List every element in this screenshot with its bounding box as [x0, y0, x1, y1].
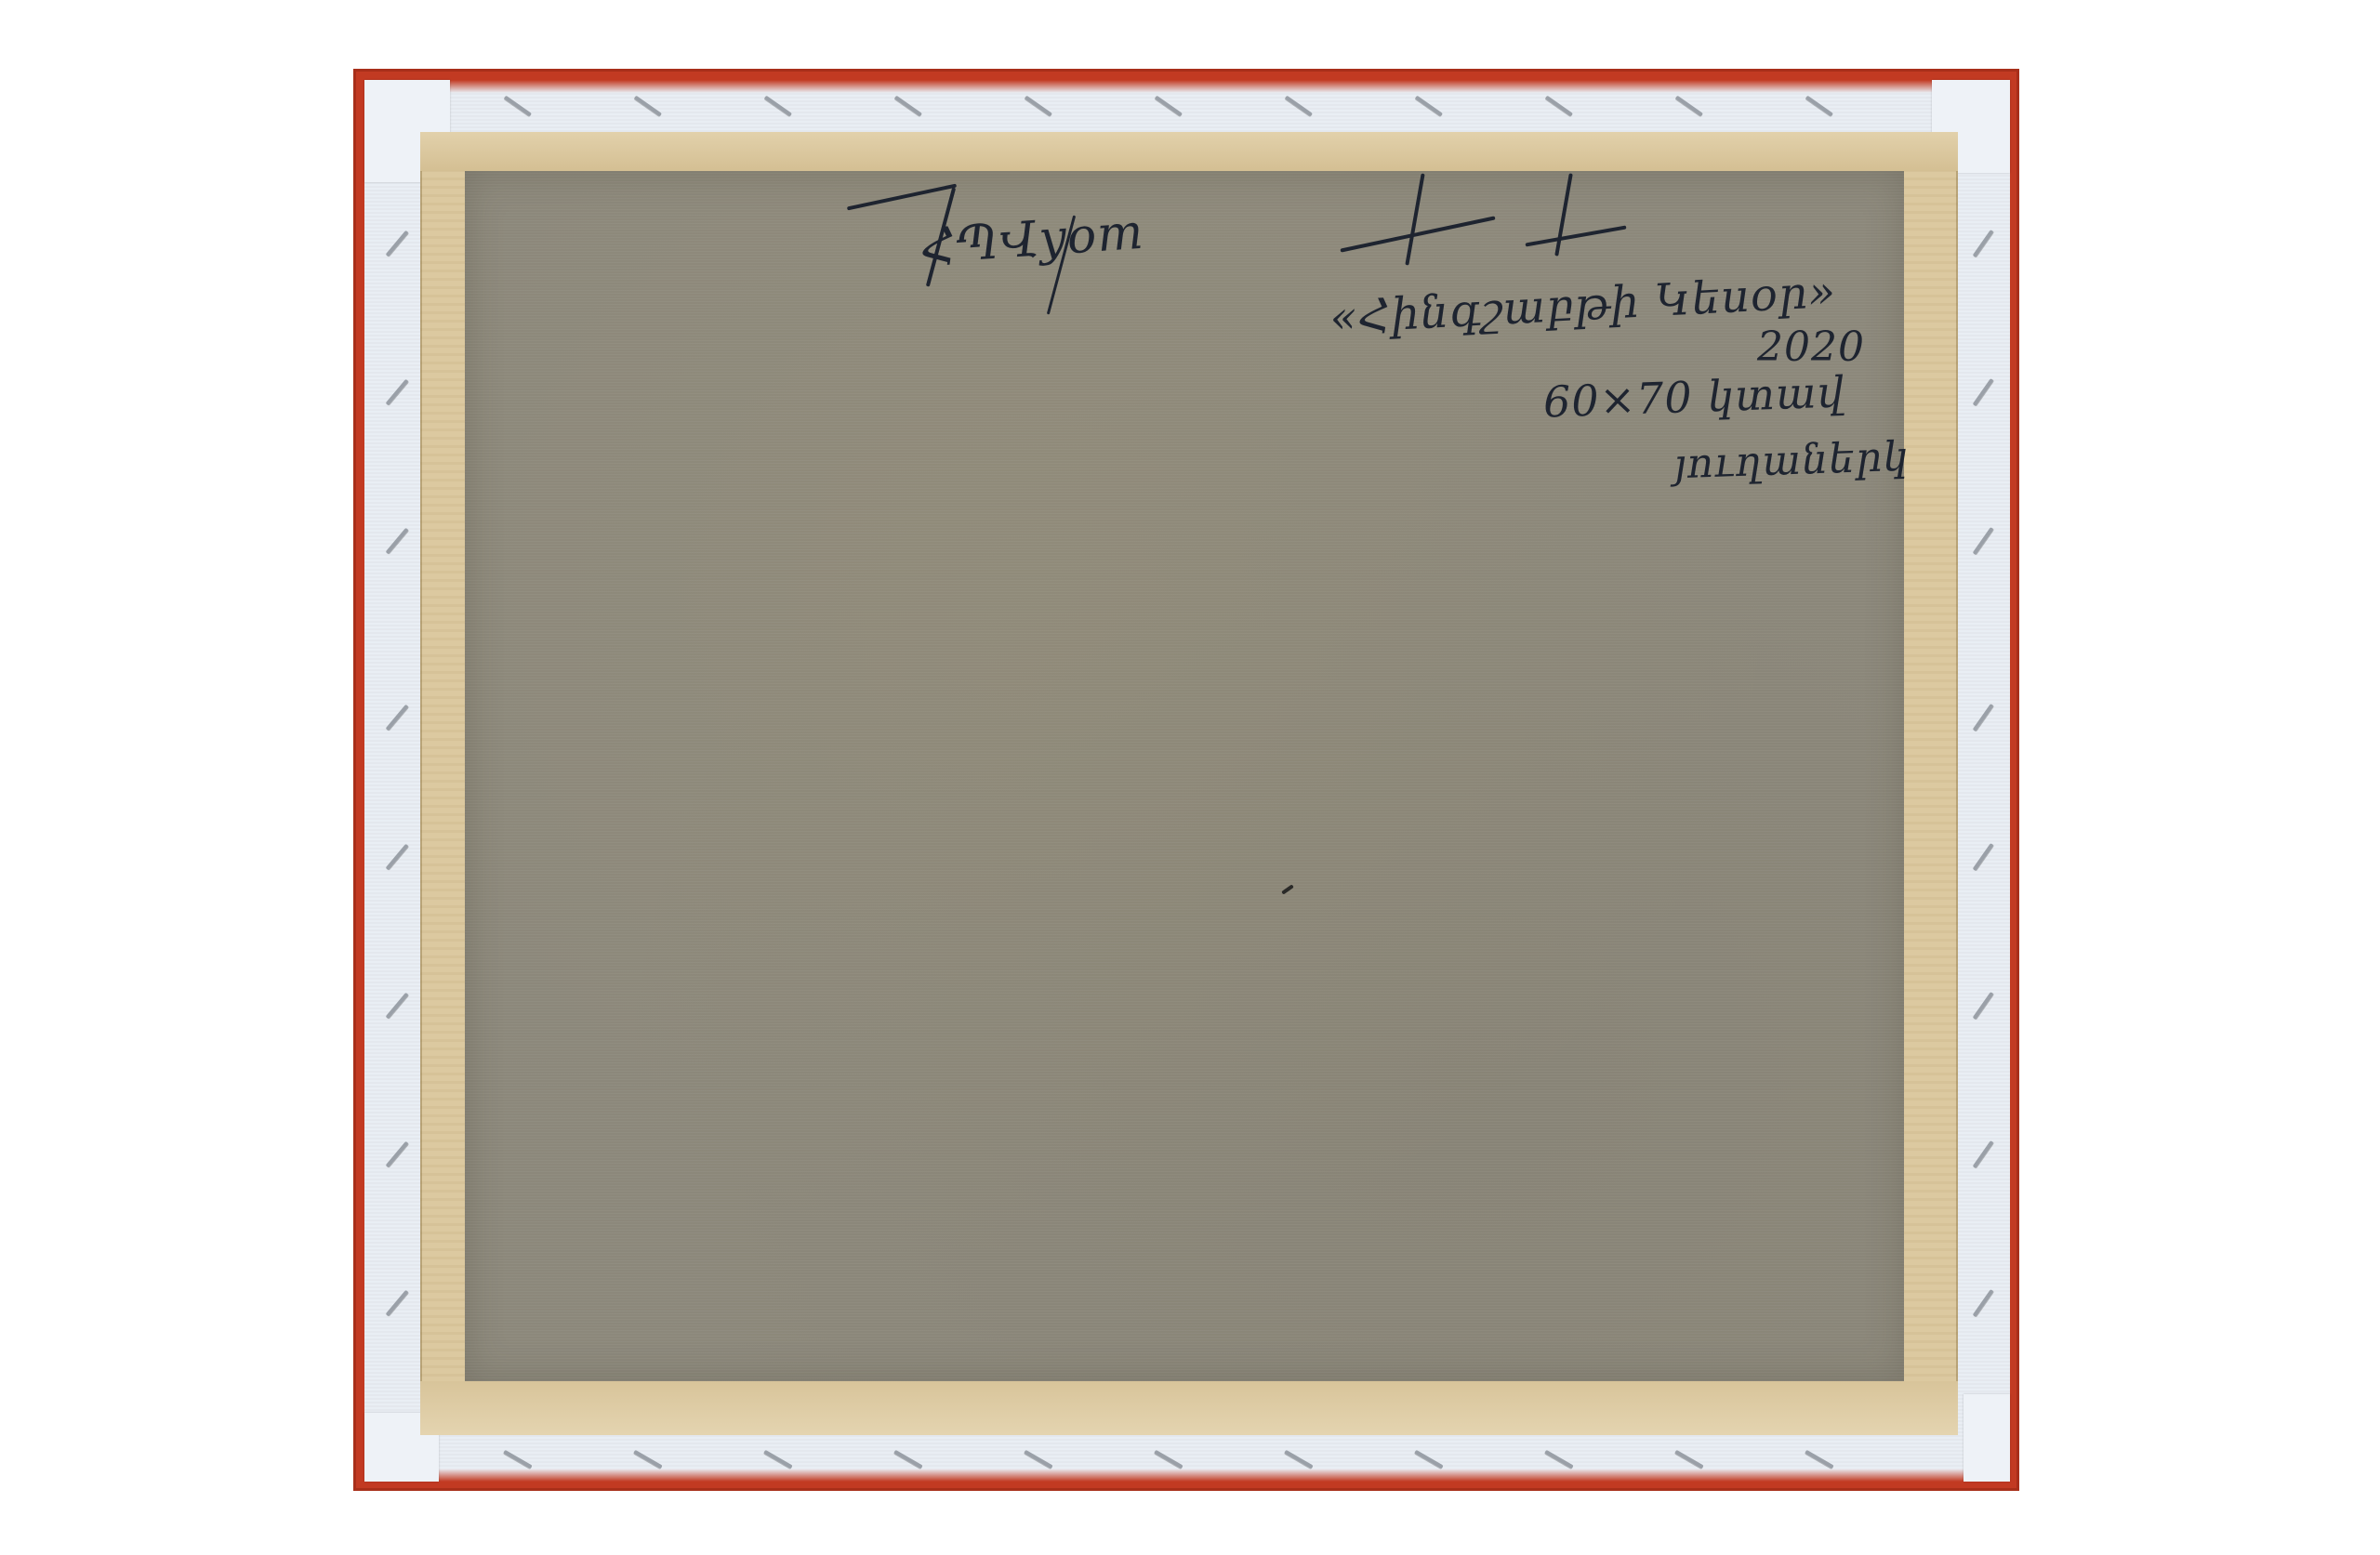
stretcher-bar-top — [420, 132, 1958, 171]
stretcher-bar-bottom — [420, 1381, 1958, 1435]
artwork-size: 60×70 կտավ — [1542, 366, 1845, 427]
canvas-back-photo: ՀՊՎyom ՀՐ «Հինգշաբթի Կեսօր» 2020 60×70 կ… — [0, 0, 2380, 1555]
corner-fold-bottom-right — [1963, 1394, 2010, 1482]
red-edge-bleed-top — [364, 80, 2010, 93]
red-edge-bleed-bottom — [364, 1469, 2010, 1482]
canvas-back-surface — [465, 171, 1904, 1381]
artwork-year: 2020 — [1757, 323, 1865, 371]
artwork-medium: յուղաներկ — [1673, 433, 1910, 489]
